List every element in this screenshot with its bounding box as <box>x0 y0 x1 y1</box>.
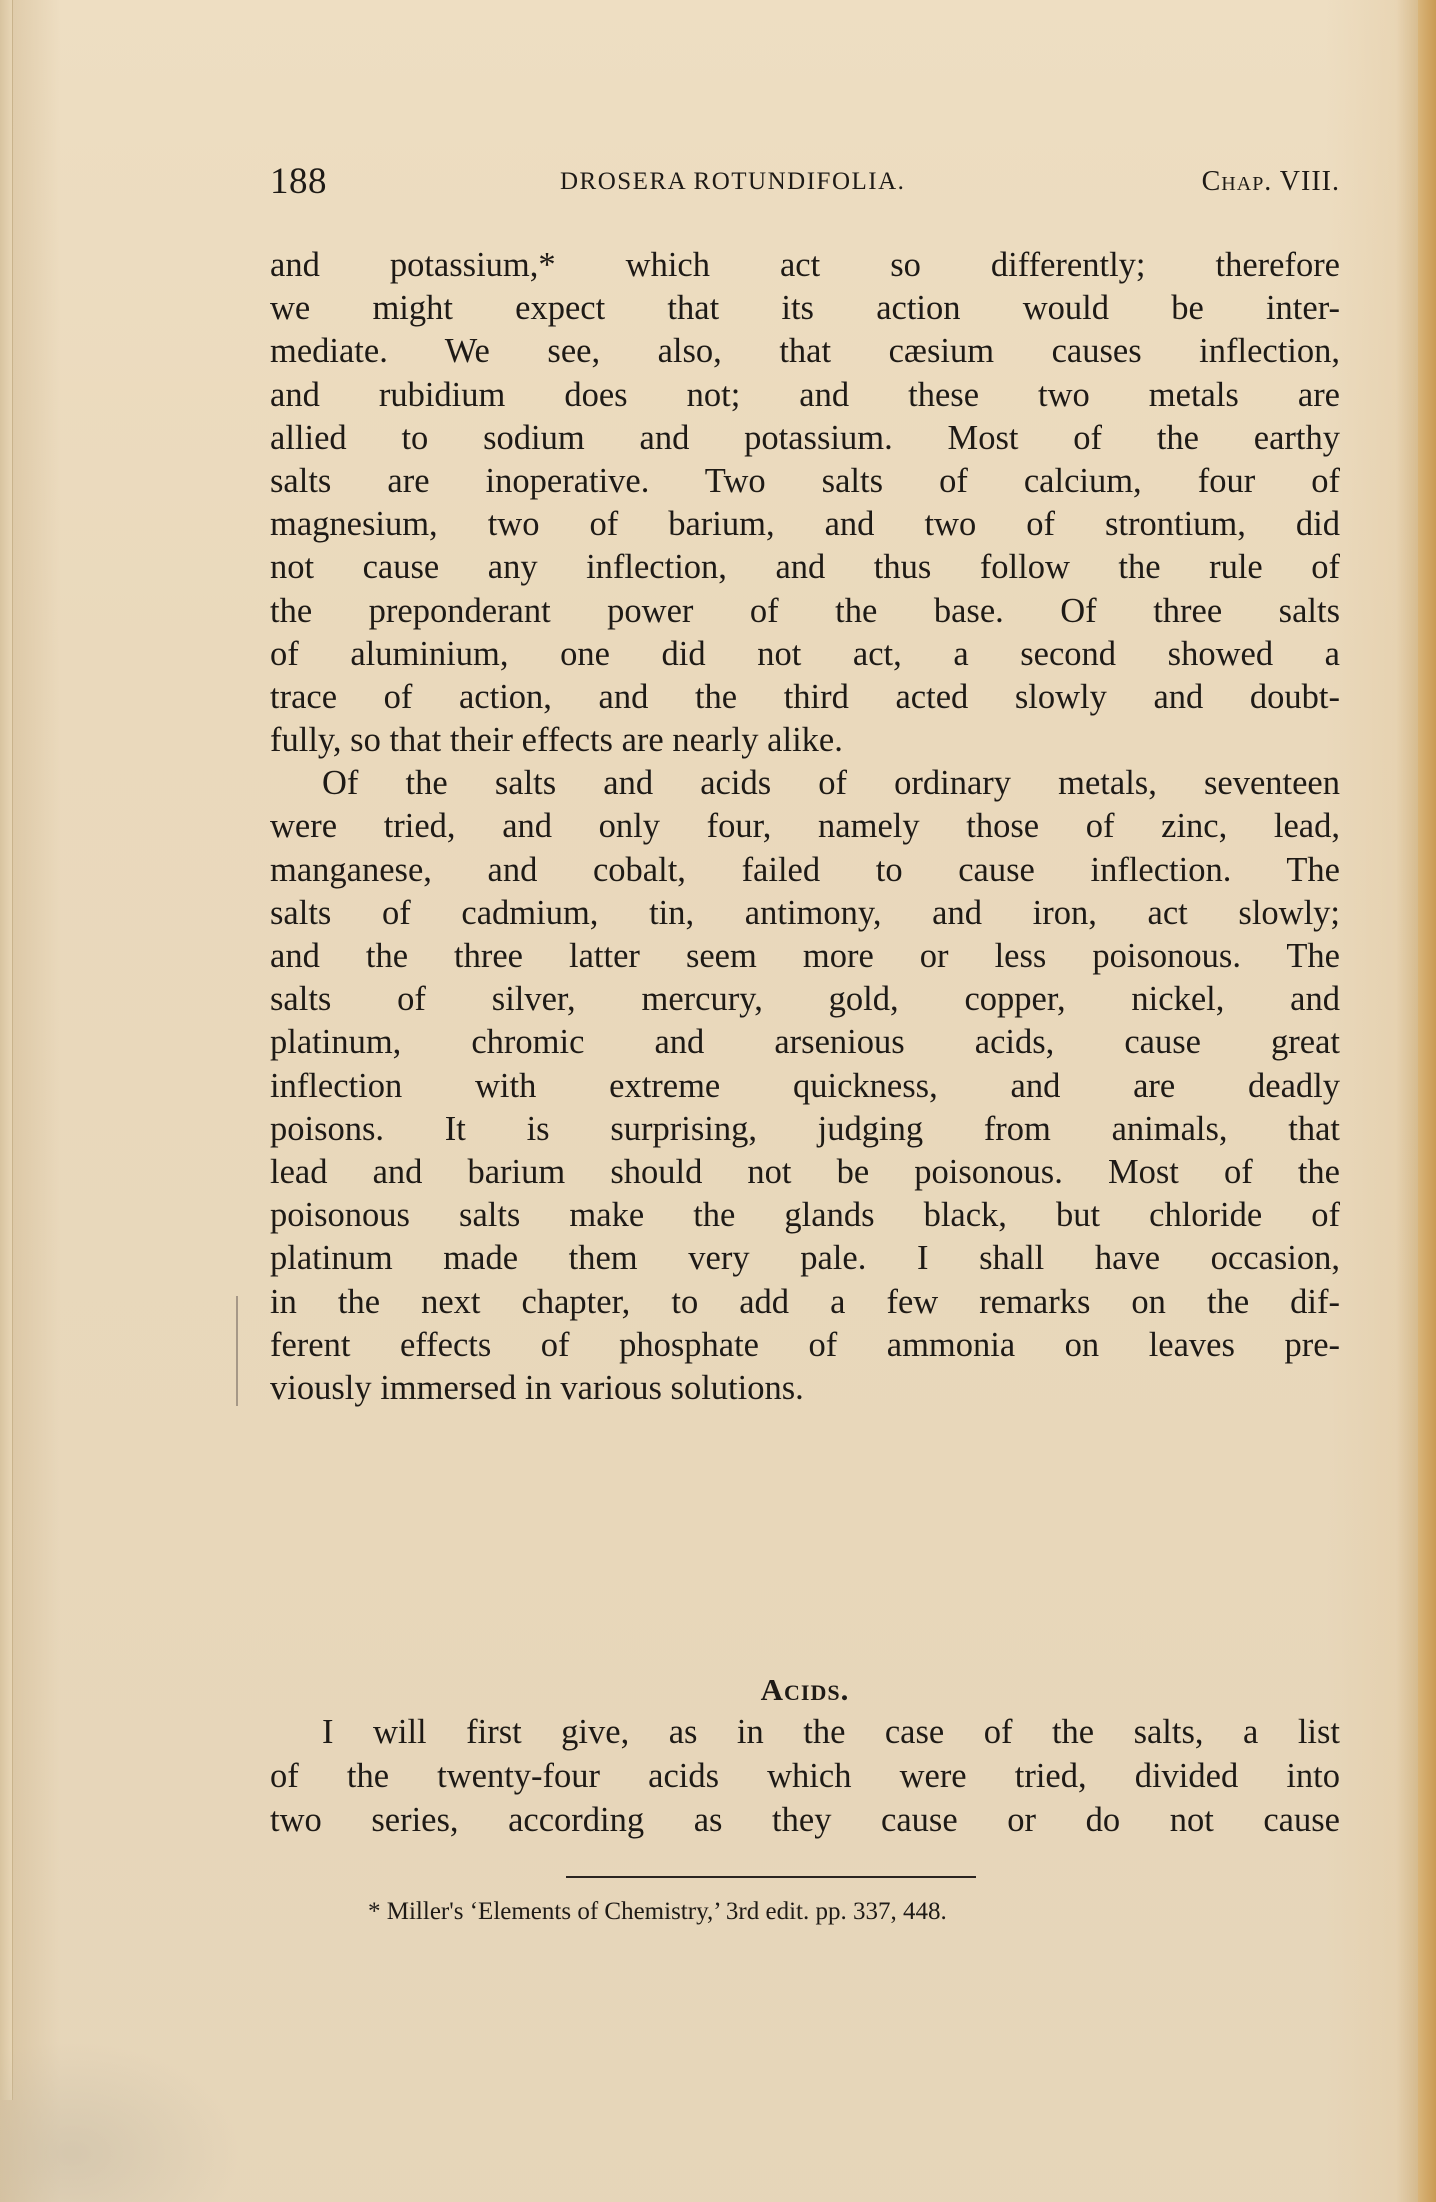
text-line: trace of action, and the third acted slo… <box>270 676 1340 719</box>
paragraph-1: and potassium,* which act so differently… <box>270 244 1340 762</box>
footnote-divider <box>566 1876 976 1878</box>
text-line: salts of cadmium, tin, antimony, and iro… <box>270 892 1340 935</box>
text-line: salts are inoperative. Two salts of calc… <box>270 460 1340 503</box>
text-line: and rubidium does not; and these two met… <box>270 374 1340 417</box>
text-line: platinum made them very pale. I shall ha… <box>270 1237 1340 1280</box>
text-line: Of the salts and acids of ordinary metal… <box>270 762 1340 805</box>
text-line: and the three latter seem more or less p… <box>270 935 1340 978</box>
text-line: salts of silver, mercury, gold, copper, … <box>270 978 1340 1021</box>
pencil-margin-mark <box>236 1296 248 1406</box>
text-line: platinum, chromic and arsenious acids, c… <box>270 1021 1340 1064</box>
text-line: fully, so that their effects are nearly … <box>270 719 1340 762</box>
text-line: of the twenty-four acids which were trie… <box>270 1754 1340 1798</box>
text-line: were tried, and only four, namely those … <box>270 805 1340 848</box>
text-line: mediate. We see, also, that cæsium cause… <box>270 330 1340 373</box>
text-line: poisonous salts make the glands black, b… <box>270 1194 1340 1237</box>
text-line: lead and barium should not be poisonous.… <box>270 1151 1340 1194</box>
text-line: viously immersed in various solutions. <box>270 1367 1340 1410</box>
text-line: the preponderant power of the base. Of t… <box>270 590 1340 633</box>
text-line: not cause any inflection, and thus follo… <box>270 546 1340 589</box>
text-line: inflection with extreme quickness, and a… <box>270 1065 1340 1108</box>
text-line: and potassium,* which act so differently… <box>270 244 1340 287</box>
body-text: and potassium,* which act so differently… <box>270 244 1340 1410</box>
text-line: magnesium, two of barium, and two of str… <box>270 503 1340 546</box>
running-head: 188 DROSERA ROTUNDIFOLIA. Chap. VIII. <box>270 160 1340 210</box>
page-fore-edge <box>1418 0 1436 2202</box>
text-line: two series, according as they cause or d… <box>270 1798 1340 1842</box>
text-line: ferent effects of phosphate of ammonia o… <box>270 1324 1340 1367</box>
section-heading-acids: Acids. <box>270 1672 1340 1708</box>
text-line: I will first give, as in the case of the… <box>270 1710 1340 1754</box>
page-number: 188 <box>270 160 327 203</box>
text-line: manganese, and cobalt, failed to cause i… <box>270 849 1340 892</box>
scan-shadow <box>0 2040 240 2202</box>
chapter-label: Chap. VIII. <box>1202 166 1340 198</box>
page-gutter-edge <box>0 0 13 2100</box>
running-title: DROSERA ROTUNDIFOLIA. <box>560 168 905 196</box>
text-line: poisons. It is surprising, judging from … <box>270 1108 1340 1151</box>
acids-paragraph: I will first give, as in the case of the… <box>270 1710 1340 1842</box>
text-line: of aluminium, one did not act, a second … <box>270 633 1340 676</box>
footnote: * Miller's ‘Elements of Chemistry,’ 3rd … <box>368 1898 947 1926</box>
text-line: allied to sodium and potassium. Most of … <box>270 417 1340 460</box>
paragraph-2: Of the salts and acids of ordinary metal… <box>270 762 1340 1410</box>
text-line: we might expect that its action would be… <box>270 287 1340 330</box>
text-line: in the next chapter, to add a few remark… <box>270 1281 1340 1324</box>
